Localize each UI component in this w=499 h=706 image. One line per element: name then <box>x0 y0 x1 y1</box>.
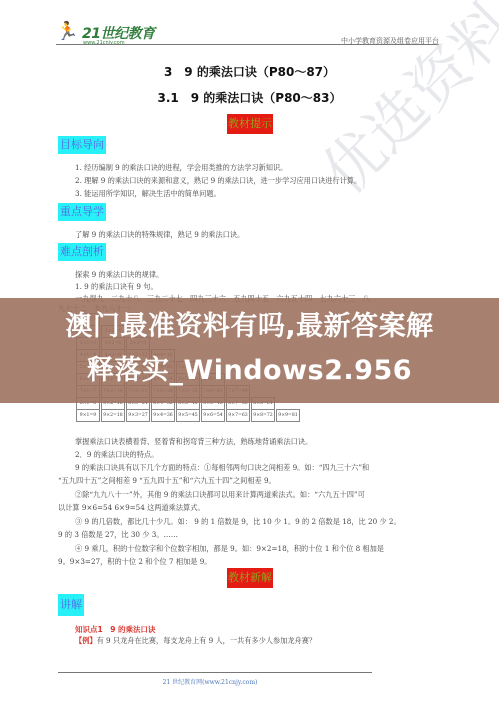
site-logo[interactable]: 🏃 21世纪教育 www.21cnjy.com <box>56 22 156 44</box>
difficulties-point1: 1. 9 的乘法口诀有 9 句。 <box>75 282 158 292</box>
key-points-label: 重点导学 <box>58 203 106 221</box>
logo-url: www.21cnjy.com <box>83 40 125 46</box>
paragraph: ②除“九九八十一”外，其他 9 的乘法口诀都可以用来计算两道乘法式。如：“六九五… <box>75 490 365 500</box>
headline-line1: 澳门最准资料有吗,最新答案解 <box>0 310 499 344</box>
footer-link[interactable]: 21 世纪教育网(www.21cnjy.com) <box>0 677 420 686</box>
table-cell: 9×2=18 <box>101 409 125 422</box>
example-tag: 【例】 <box>75 636 97 645</box>
paragraph: ③ 9 的几倍数，都比几十少几。如： 9 的 1 倍数是 9，比 10 少 1。… <box>75 517 401 527</box>
difficulties-intro: 探索 9 的乘法口诀的规律。 <box>75 270 163 280</box>
example-text: 有 9 只龙舟在比赛，每支龙舟上有 9 人，一共有多少人参加龙舟赛？ <box>97 636 317 645</box>
footer-divider <box>58 672 372 673</box>
paragraph: “五九四十五”之间相差 9 “五九四十五”和“六九五十四”之间相差 9。 <box>58 476 276 486</box>
paragraph: ④ 9 乘几，积的十位数字和个位数字相加，都是 9。如：9×2=18，积的十位 … <box>75 544 384 554</box>
goal-item: 3. 能运用所学知识，解决生活中的简单问题。 <box>75 189 221 199</box>
paragraph: 9。9×3=27，积的十位 2 和个位 7 相加是 9。 <box>58 557 212 567</box>
example-question: 【例】有 9 只龙舟在比赛，每支龙舟上有 9 人，一共有多少人参加龙舟赛？ <box>75 636 316 646</box>
document-page: 🏃 21世纪教育 www.21cnjy.com 中小学教育资源及组卷应用平台 3… <box>0 0 499 706</box>
paragraph: 9 的乘法口诀具有以下几个方面的特点：①每相邻两句口诀之间相差 9。如：“四九三… <box>75 463 369 473</box>
headline-line2: 释落实_Windows2.956 <box>0 354 499 388</box>
goal-item: 2. 理解 9 的乘法口诀的来源和意义，熟记 9 的乘法口诀，进一步学习应用口诀… <box>75 176 361 186</box>
difficulties-label: 难点剖析 <box>58 243 106 261</box>
table-cell: 9×5=45 <box>176 409 200 422</box>
table-cell: 9×1=9 <box>76 409 100 422</box>
table-cell: 9×9=81 <box>276 409 300 422</box>
table-cell: 9×7=63 <box>226 409 250 422</box>
explain-label: 讲解 <box>58 594 84 616</box>
key-points-text: 了解 9 的乘法口诀的特殊规律，熟记 9 的乘法口诀。 <box>75 230 244 240</box>
paragraph: 9 的 3 倍数是 27，比 30 少 3。…… <box>58 530 178 540</box>
method-text: 掌握乘法口诀表横着背、竖着背和拐弯背三种方法，熟练地背诵乘法口诀。 <box>75 437 312 447</box>
table-row: 9×1=9 9×2=18 9×3=27 9×4=36 9×5=45 9×6=54… <box>76 409 301 421</box>
knowledge-point-title: 知识点1 9 的乘法口诀 <box>75 624 156 635</box>
point2-heading: 2．9 的乘法口诀的特点。 <box>75 450 158 460</box>
runner-logo-icon: 🏃 <box>56 22 78 42</box>
header-divider <box>56 44 439 45</box>
table-cell: 9×8=72 <box>251 409 275 422</box>
textbook-tips-banner: 教材提示 <box>227 114 273 134</box>
textbook-new-banner: 教材新解 <box>227 568 273 588</box>
goals-label: 目标导向 <box>58 136 106 154</box>
paragraph: 以计算 9×6=54 6×9=54 这两道乘法算式。 <box>58 503 205 513</box>
table-cell: 9×3=27 <box>126 409 150 422</box>
goal-item: 1. 经历编制 9 的乘法口诀的进程，学会用类推的方法学习新知识。 <box>75 163 287 173</box>
table-cell: 9×4=36 <box>151 409 175 422</box>
table-cell: 9×6=54 <box>201 409 225 422</box>
